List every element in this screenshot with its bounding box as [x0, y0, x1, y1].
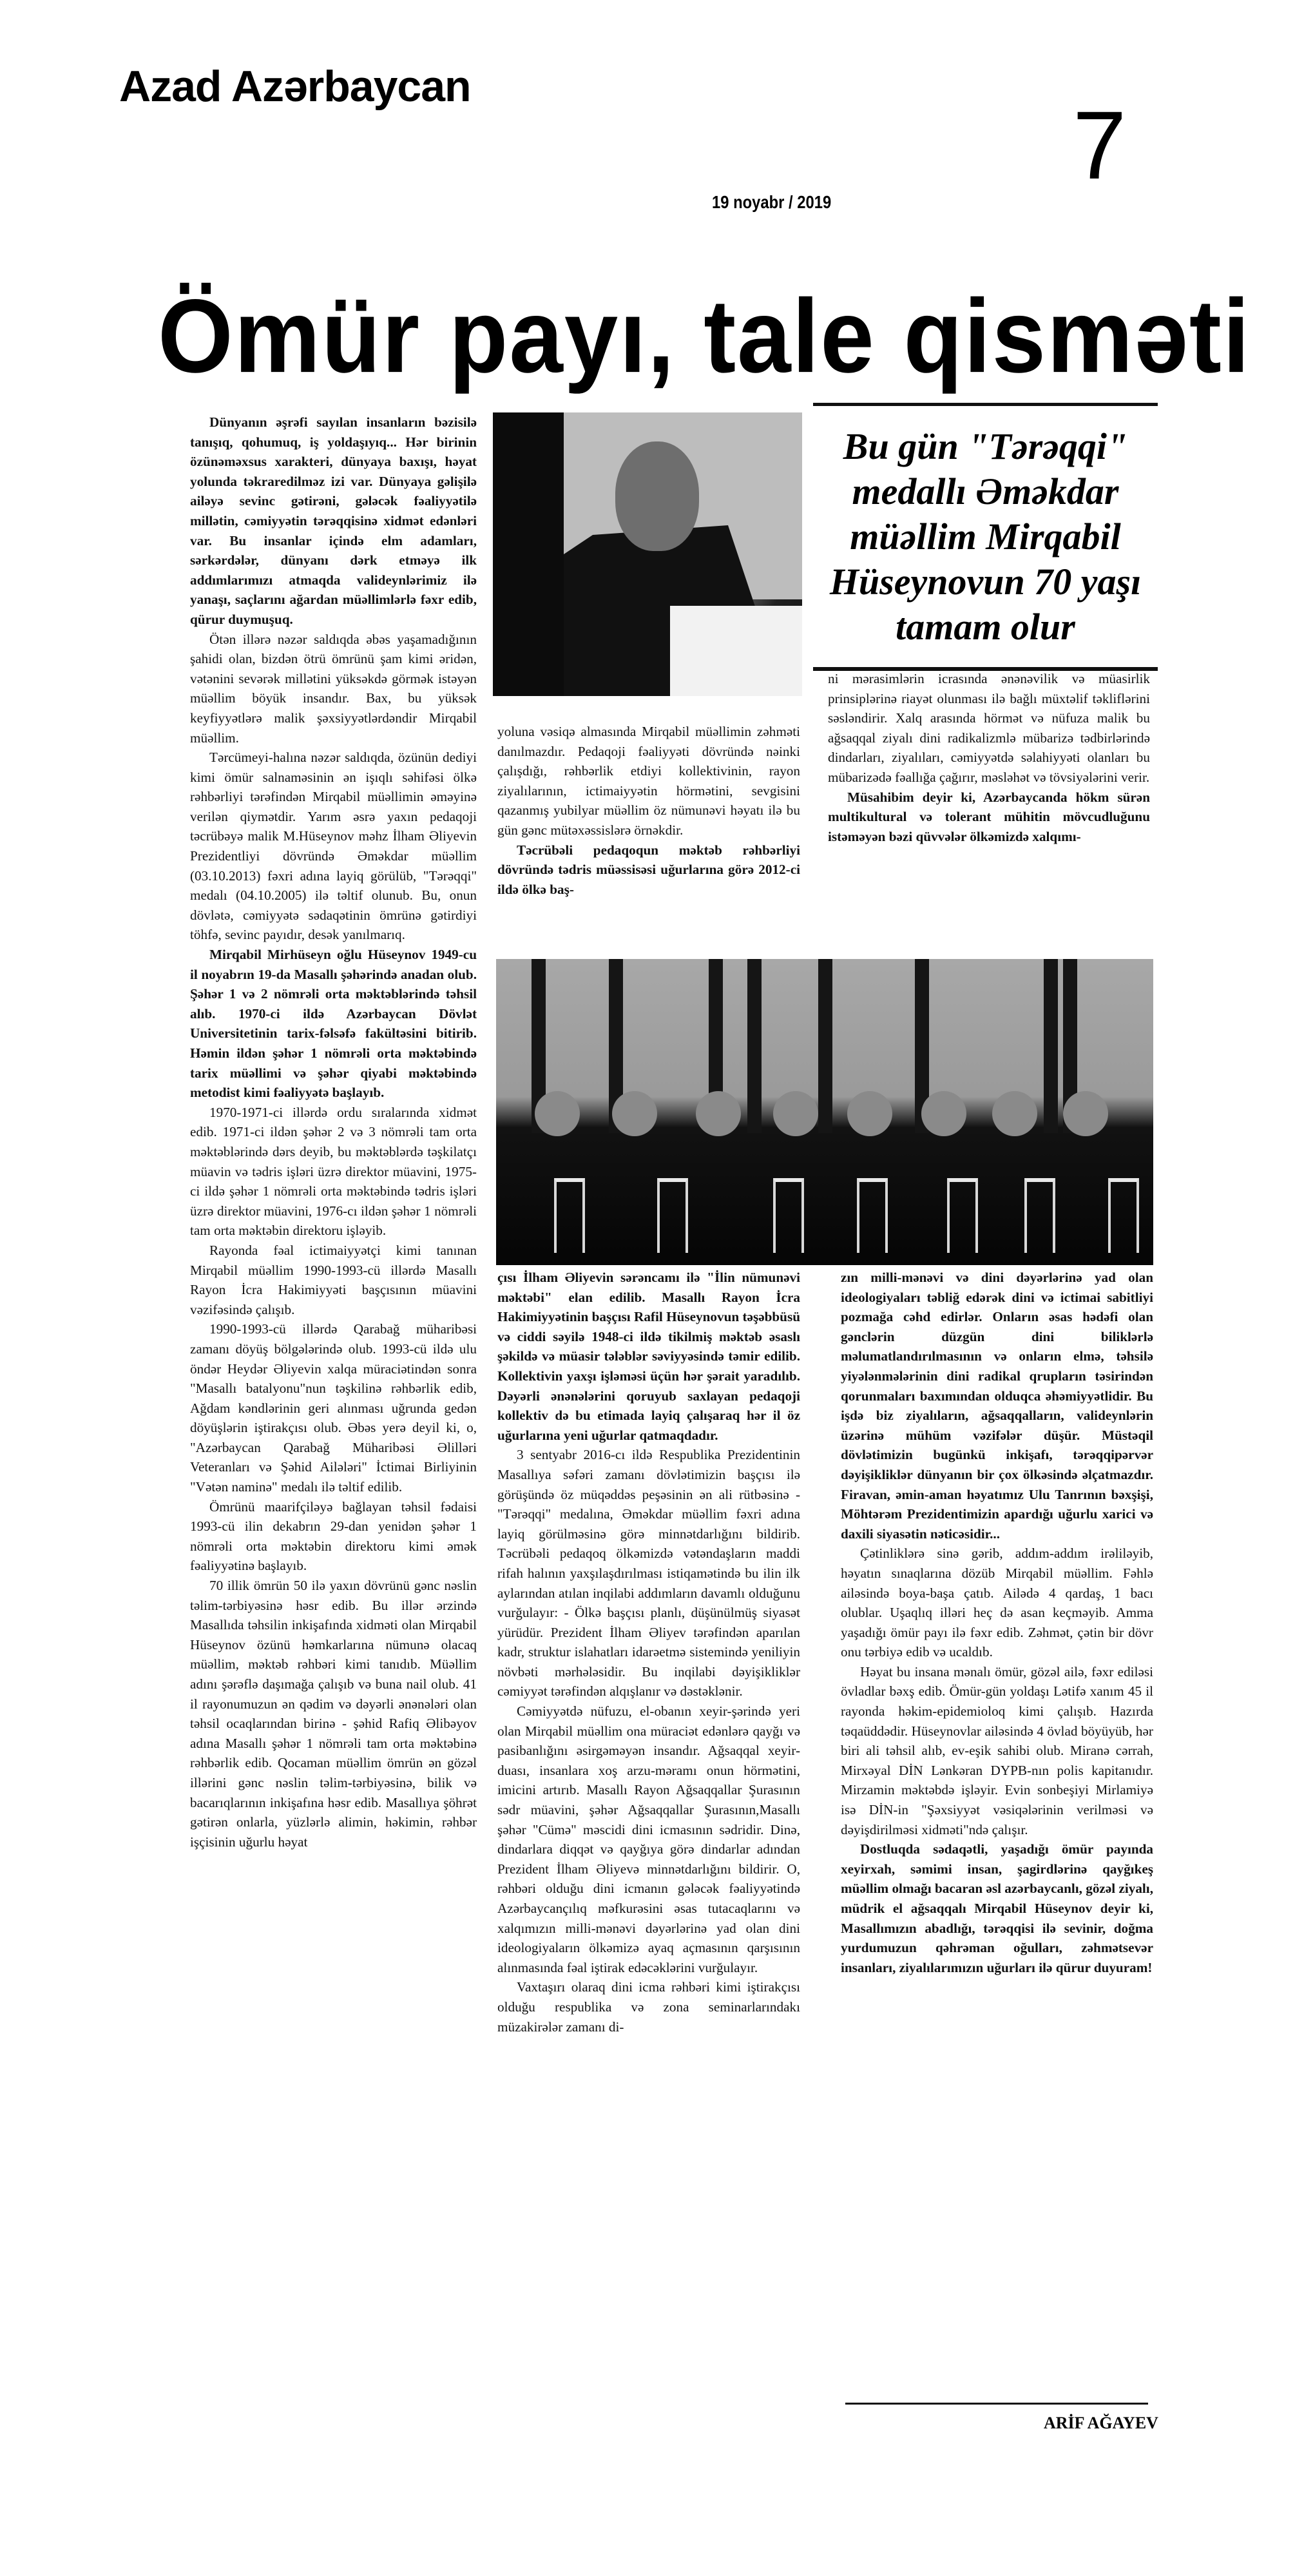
paragraph: Tərcümeyi-halına nəzər saldıqda, özünün … [190, 748, 477, 945]
article-column-2-top: yoluna vəsiqə almasında Mirqabil müəllim… [497, 722, 800, 899]
portrait-photo [493, 412, 802, 696]
subheadline-box: Bu gün "Tərəqqi" medallı Əməkdar müəllim… [813, 403, 1158, 671]
paragraph: Cəmiyyətdə nüfuzu, el-obanın xeyir-şərin… [497, 1701, 800, 1977]
paragraph: 1970-1971-ci illərdə ordu sıralarında xi… [190, 1103, 477, 1241]
paragraph: Təcrübəli pedaqoqun məktəb rəhbərliyi dö… [497, 840, 800, 900]
lead-paragraph: Dünyanın əşrəfi sayılan insanların bəzis… [190, 412, 477, 630]
paragraph: 1990-1993-cü illərdə Qarabağ müharibəsi … [190, 1319, 477, 1496]
article-column-3-top: ni mərasimlərin icrasında ənənəvilik və … [828, 669, 1150, 846]
paragraph: ni mərasimlərin icrasında ənənəvilik və … [828, 669, 1150, 788]
paragraph: çısı İlham Əliyevin sərəncamı ilə "İlin … [497, 1268, 800, 1445]
article-column-2-bottom: çısı İlham Əliyevin sərəncamı ilə "İlin … [497, 1268, 800, 2037]
closing-paragraph: Dostluqda sədaqətli, yaşadığı ömür payın… [841, 1839, 1153, 1977]
paragraph: Ötən illərə nəzər saldıqda əbəs yaşamadı… [190, 630, 477, 748]
headline: Ömür payı, tale qisməti [158, 284, 1147, 388]
byline-divider [845, 2403, 1148, 2405]
subheadline: Bu gün "Tərəqqi" medallı Əməkdar müəllim… [813, 424, 1158, 650]
masthead: Azad Azərbaycan [119, 61, 471, 111]
paragraph: Rayonda fəal ictimaiyyətçi kimi tanınan … [190, 1241, 477, 1319]
article-column-1: Dünyanın əşrəfi sayılan insanların bəzis… [190, 412, 477, 1852]
paragraph: Vaxtaşırı olaraq dini icma rəhbəri kimi … [497, 1977, 800, 2037]
paragraph: Ömrünü maarifçiləyə bağlayan təhsil fəda… [190, 1497, 477, 1576]
article-column-3-bottom: zın milli-mənəvi və dini dəyərlərinə yad… [841, 1268, 1153, 1977]
page-number: 7 [1073, 97, 1126, 193]
paragraph: Çətinliklərə sinə gərib, addım-addım irə… [841, 1544, 1153, 1662]
author-byline: ARİF AĞAYEV [1044, 2414, 1158, 2433]
paragraph: Mirqabil Mirhüseyn oğlu Hüseynov 1949-cu… [190, 945, 477, 1103]
paragraph: Müsahibim deyir ki, Azərbaycanda hökm sü… [828, 788, 1150, 847]
group-photo [496, 959, 1153, 1265]
paragraph: Həyat bu insana mənalı ömür, gözəl ailə,… [841, 1662, 1153, 1839]
paragraph: 3 sentyabr 2016-cı ildə Respublika Prezi… [497, 1445, 800, 1701]
paragraph: 70 illik ömrün 50 ilə yaxın dövrünü gənc… [190, 1576, 477, 1852]
issue-date: 19 noyabr / 2019 [712, 192, 831, 213]
paragraph: zın milli-mənəvi və dini dəyərlərinə yad… [841, 1268, 1153, 1544]
paragraph: yoluna vəsiqə almasında Mirqabil müəllim… [497, 722, 800, 840]
